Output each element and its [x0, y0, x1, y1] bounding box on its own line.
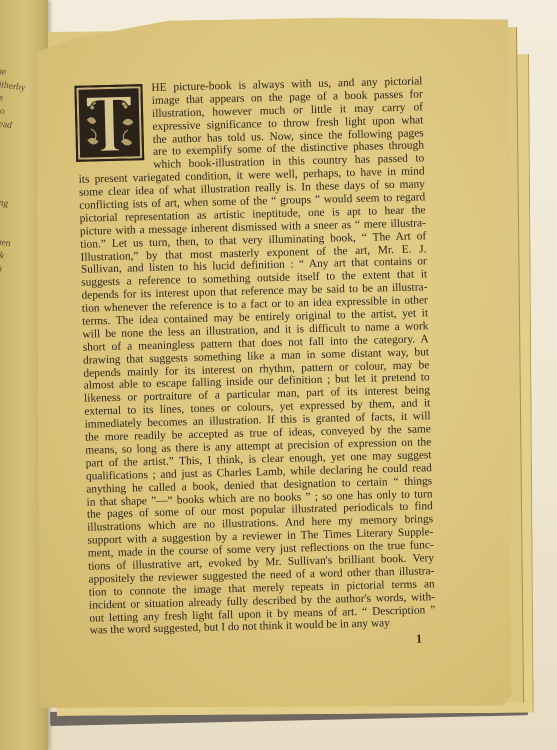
decorated-letter-t-icon	[81, 90, 139, 155]
page-number: 1	[416, 633, 422, 646]
book-page: HE picture-book is always with us, and a…	[36, 16, 512, 708]
page-body-text: HE picture-book is always with us, and a…	[76, 75, 435, 638]
drop-cap-initial	[74, 84, 144, 162]
